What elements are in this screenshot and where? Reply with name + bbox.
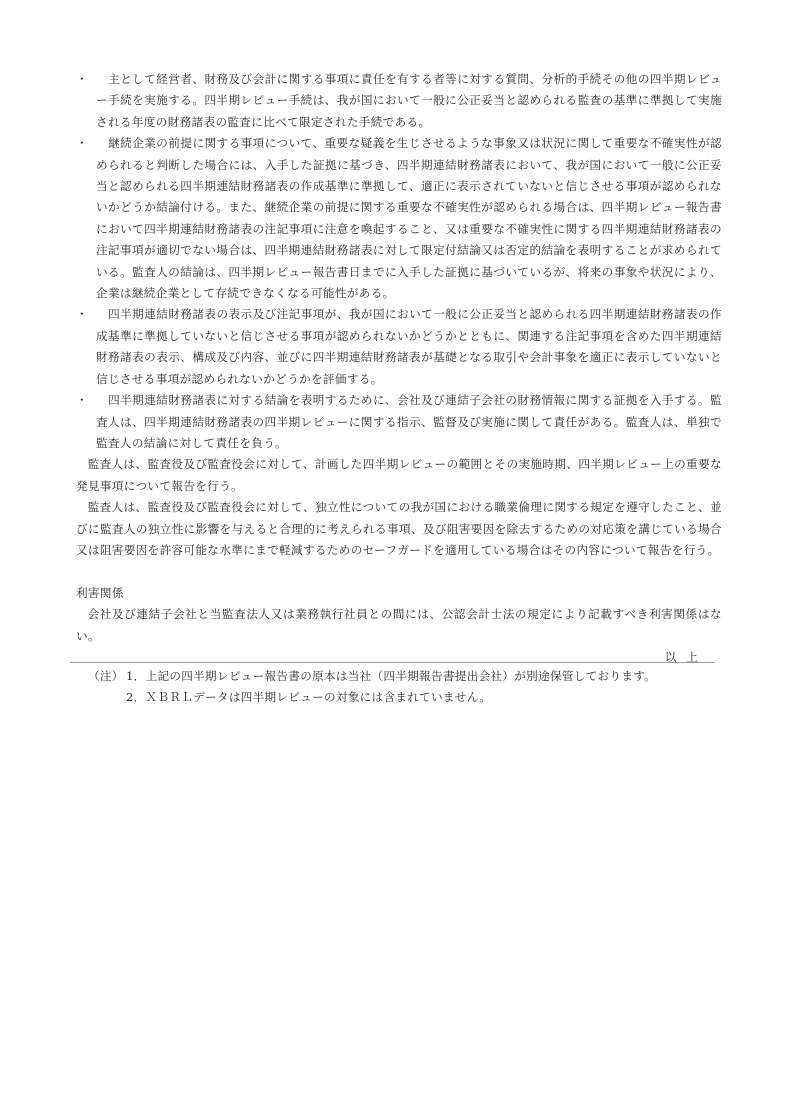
bullet-marker: ・ xyxy=(76,133,90,154)
report-body: ・ 主として経営者、財務及び会計に関する事項に責任を有する者等に対する質問、分析… xyxy=(76,69,722,668)
bullet-marker: ・ xyxy=(76,304,90,325)
bullet-item-going-concern: ・ 継続企業の前提に関する事項について、重要な疑義を生じさせるような事象又は状況… xyxy=(76,133,722,304)
bullet-text: 継続企業の前提に関する事項について、重要な疑義を生じさせるような事象又は状況に関… xyxy=(96,136,722,300)
bullet-text: 四半期連結財務諸表に対する結論を表明するために、会社及び連結子会社の財務情報に関… xyxy=(96,393,722,450)
footnote-label: （注） xyxy=(88,666,126,687)
paragraph-interest: 会社及び連結子会社と当監査法人又は業務執行社員との間には、公認会計士法の規定によ… xyxy=(76,604,722,647)
paragraph-independence: 監査人は、監査役及び監査役会に対して、独立性についての我が国における職業倫理に関… xyxy=(76,497,722,561)
section-heading-interest: 利害関係 xyxy=(76,583,722,604)
paragraph-reporting-scope: 監査人は、監査役及び監査役会に対して、計画した四半期レビューの範囲とその実施時期… xyxy=(76,454,722,497)
bullet-marker: ・ xyxy=(76,390,90,411)
bullet-text: 主として経営者、財務及び会計に関する事項に責任を有する者等に対する質問、分析的手… xyxy=(96,72,722,129)
footnotes: （注）1．上記の四半期レビュー報告書の原本は当社（四半期報告書提出会社）が別途保… xyxy=(88,666,728,709)
document-page: ・ 主として経営者、財務及び会計に関する事項に責任を有する者等に対する質問、分析… xyxy=(0,0,790,1118)
footnote-2: 2．ＸＢＲＬデータは四半期レビューの対象には含まれていません。 xyxy=(88,687,728,708)
footnote-1: （注）1．上記の四半期レビュー報告書の原本は当社（四半期報告書提出会社）が別途保… xyxy=(88,666,728,687)
bullet-item-inquiry: ・ 主として経営者、財務及び会計に関する事項に責任を有する者等に対する質問、分析… xyxy=(76,69,722,133)
bullet-marker: ・ xyxy=(76,69,90,90)
bullet-text: 四半期連結財務諸表の表示及び注記事項が、我が国において一般に公正妥当と認められる… xyxy=(96,307,722,385)
footnote-text: 1．上記の四半期レビュー報告書の原本は当社（四半期報告書提出会社）が別途保管して… xyxy=(126,669,656,683)
footnote-text: 2．ＸＢＲＬデータは四半期レビューの対象には含まれていません。 xyxy=(126,690,491,704)
bullet-item-evidence: ・ 四半期連結財務諸表に対する結論を表明するために、会社及び連結子会社の財務情報… xyxy=(76,390,722,454)
separator-line xyxy=(70,662,715,663)
bullet-item-presentation: ・ 四半期連結財務諸表の表示及び注記事項が、我が国において一般に公正妥当と認めら… xyxy=(76,304,722,390)
